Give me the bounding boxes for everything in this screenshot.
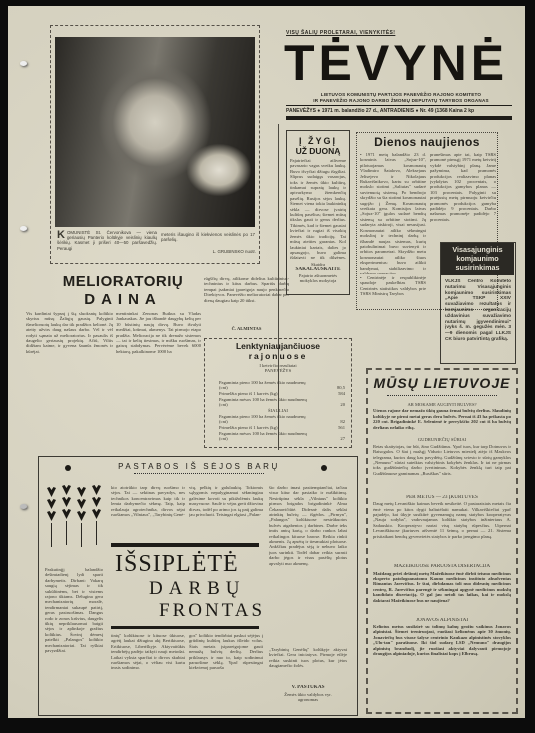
district-name: PANEVĖŽYS bbox=[205, 368, 351, 373]
masthead-organ: LIETUVOS KOMUNISTŲ PARTIJOS PANEVĖŽIO RA… bbox=[286, 92, 516, 103]
issiplete-title-2: DARBŲ bbox=[149, 578, 269, 600]
melioratoriu-title-2: DAINA bbox=[48, 291, 198, 308]
news-item-body: Keliotus metus susikūrė su tolimų kalnų … bbox=[373, 624, 511, 668]
caption-text: OMUNISTĖ St. Červonikova — viena geriaus… bbox=[57, 230, 157, 251]
news-item-heading: JONAVOS ALPINISTAI bbox=[373, 618, 511, 623]
photo-caption-right: meteris išaugino iš kiekvienos veislinės… bbox=[161, 232, 255, 242]
musu-lietuvoje-items: AR MOKAME AUGINTI BULVES? Utenos rajone … bbox=[368, 396, 516, 668]
banner-wavy-rule bbox=[134, 473, 264, 474]
pastabos-author: V. PASTUKAS bbox=[269, 685, 347, 690]
pastabos-col-4-bottom: „Tarybinių Genėlių" kolūkyje aktyvai kvi… bbox=[269, 647, 347, 681]
zygi-title-2: UŽ DUONĄ bbox=[287, 146, 349, 156]
newspaper-page: K OMUNISTĖ St. Červonikova — viena geria… bbox=[8, 6, 525, 718]
lenkt-title-2: rajonuose bbox=[205, 351, 351, 361]
issiplete-bottom-rule bbox=[111, 626, 259, 629]
masthead-title: TĖVYNĖ bbox=[284, 36, 524, 90]
dienos-col-1: • 1971 metų balandžio 23 d. kosminis lai… bbox=[360, 152, 426, 274]
pin-mark bbox=[20, 61, 27, 66]
pastabos-author-role: Žemės ūkio valdybos vyr. agronomas bbox=[275, 692, 341, 703]
komjaunimo-body: VLKJS Centro Komiteto nutarimu Visasąjun… bbox=[445, 279, 511, 359]
dienos-naujienos-title: Dienos naujienos bbox=[357, 135, 497, 149]
news-item-body: Utenos rajone dar nemažo ūkių gauna žema… bbox=[373, 408, 511, 434]
pastabos-intro: Paskutinįjį balandžio dešimtadienį lydi … bbox=[45, 567, 103, 707]
issiplete-title-3: FRONTAS bbox=[159, 600, 269, 622]
news-item-body: Maždaug prieš dešimtį metų Mažeikiuose ė… bbox=[373, 571, 511, 615]
lenkt-section-panevezys: PANEVĖŽYS Pagaminta pieno 100 ha žemės ū… bbox=[205, 368, 351, 373]
musu-lietuvoje-box: MŪSŲ LIETUVOJE AR MOKAME AUGINTI BULVES?… bbox=[366, 368, 518, 714]
melioratoriu-col-1: Vis kardiniai šypsnį į šią sluoksnių kol… bbox=[26, 311, 113, 431]
news-item-body: Retas skaitytojas, tur būt, žino Gudžiūn… bbox=[373, 444, 511, 492]
musu-lietuvoje-title: MŪSŲ LIETUVOJE bbox=[368, 374, 516, 392]
issiplete-col-b: tinių" kolūkiuose ir kituose ūkiuose, ag… bbox=[111, 633, 185, 711]
pastabos-box: PASTABOS IŠ SĖJOS BARŲ Paskutinįjį balan… bbox=[38, 456, 358, 716]
zygi-author-role: Pajatrio aštuonmetės mokyklos mokytoja bbox=[290, 273, 346, 284]
masthead-dateline: PANEVĖŽYS ● 1971 m. balandžio 27 d., ANT… bbox=[286, 108, 516, 114]
melioratoriu-col-3: rūgščių dirvų, atlikome didelius kultūri… bbox=[204, 276, 289, 324]
dienos-col-2: pranešimas apie tai, kaip TSRS pramonė p… bbox=[430, 152, 496, 240]
caption-dropcap: K bbox=[57, 230, 65, 240]
komjaunimo-title-1: Visasąjunginis bbox=[441, 245, 514, 254]
pastabos-col-2: kio atotrūkio tarp dirvų ruošimo ir sėjo… bbox=[111, 485, 185, 537]
lenkt-title-1: Lenktyniaujančiuose bbox=[205, 341, 351, 351]
stat-value: 561 bbox=[323, 425, 345, 430]
zygi-title-1: Į ŽYGĮ bbox=[287, 136, 349, 146]
stat-value: 80,5 bbox=[323, 385, 345, 390]
stat-label: Pagaminta mėsos 100 ha žemės ūkio naudme… bbox=[219, 431, 315, 442]
news-item-heading: AR MOKAME AUGINTI BULVES? bbox=[373, 402, 511, 407]
stat-value: 82 bbox=[323, 419, 345, 424]
stat-label: Primelžta pieno iš 1 karvės (kg) bbox=[219, 425, 319, 430]
melioratoriu-title-1: MELIORATORIŲ bbox=[48, 273, 198, 290]
district-name: ŠIAULIAI bbox=[205, 408, 351, 413]
komjaunimo-title-3: susirinkimas bbox=[441, 263, 514, 272]
lenktyniaujanciuose-box: Lenktyniaujančiuose rajonuose I ketvirči… bbox=[204, 338, 352, 448]
issiplete-col-c: gos" kolūkio tendirbiai paskui sėjėjus į… bbox=[189, 633, 263, 711]
organ-line-2: IR PANEVĖŽIO RAJONO DARBO ŽMONIŲ DEPUTAT… bbox=[286, 98, 516, 104]
stat-value: 584 bbox=[323, 391, 345, 396]
stat-value: 20 bbox=[323, 402, 345, 407]
pastabos-col-4: šio darbo imasi pasitempiančiai, tačiau … bbox=[269, 485, 347, 643]
bullet-dot-icon bbox=[321, 465, 327, 471]
news-item-heading: GUDRUNIEČIŲ SŪRIAI bbox=[373, 437, 511, 442]
komjaunimo-title-2: komjaunimo bbox=[441, 254, 514, 263]
melioratoriu-author: Č. ALMINTAS bbox=[204, 326, 289, 331]
pastabos-col-3: vių, pelkių ir galulaukių. Tokiomis sąly… bbox=[189, 485, 263, 537]
stat-label: Primelžta pieno iš 1 karvės (kg) bbox=[219, 391, 319, 396]
stat-label: Pagaminta pieno 100 ha žemės ūkio naudme… bbox=[219, 380, 315, 391]
pin-mark bbox=[20, 226, 27, 231]
komjaunimo-title: Visasąjunginis komjaunimo susirinkimas bbox=[441, 245, 514, 272]
stat-label: Pagaminta pieno 100 ha žemės ūkio naudme… bbox=[219, 414, 315, 425]
news-item-heading: PER METUS — 23 ĮKURTUVĖS bbox=[373, 495, 511, 500]
bullet-dot-icon bbox=[65, 465, 71, 471]
news-item-heading: MAŽEIKIUOSE PARUOŠTA DISERTACIJA bbox=[373, 564, 511, 569]
pastabos-banner: PASTABOS IŠ SĖJOS BARŲ bbox=[99, 462, 299, 471]
zygi-article: Į ŽYGĮ UŽ DUONĄ Pajatriečiai atliveme pa… bbox=[286, 130, 350, 295]
wheat-illustration bbox=[45, 485, 105, 555]
news-item-body: Daug metų Levaniškio kaimas beveik nesik… bbox=[373, 501, 511, 561]
photo-credit: L. GRUBINSKO nuotr. bbox=[201, 249, 256, 254]
komjaunimo-box: Visasąjunginis komjaunimo susirinkimas V… bbox=[440, 242, 516, 364]
dienos-col-1-tail: • Centrinėje ir respublikinėje spaudoje … bbox=[360, 275, 426, 307]
stat-value: 27 bbox=[323, 436, 345, 441]
stat-label: Pagaminta mėsos 100 ha žemės ūkio naudme… bbox=[219, 397, 315, 408]
pin-mark bbox=[20, 504, 27, 509]
masthead-rule bbox=[286, 105, 512, 106]
melioratoriu-col-2: mentininkai Zenonas Butkus su Vladas Jan… bbox=[116, 311, 201, 431]
photo-caption-left: K OMUNISTĖ St. Červonikova — viena geria… bbox=[57, 230, 157, 251]
issiplete-title-1: IŠSIPLĖTĖ bbox=[115, 551, 265, 577]
photo-feature-box: K OMUNISTĖ St. Červonikova — viena geria… bbox=[50, 25, 260, 264]
masthead-thick-rule bbox=[286, 116, 512, 120]
zygi-body: Pajatriečiai atliveme pavasario vagas sv… bbox=[290, 158, 346, 259]
photo-woman bbox=[55, 37, 255, 227]
issiplete-top-rule bbox=[111, 543, 259, 547]
